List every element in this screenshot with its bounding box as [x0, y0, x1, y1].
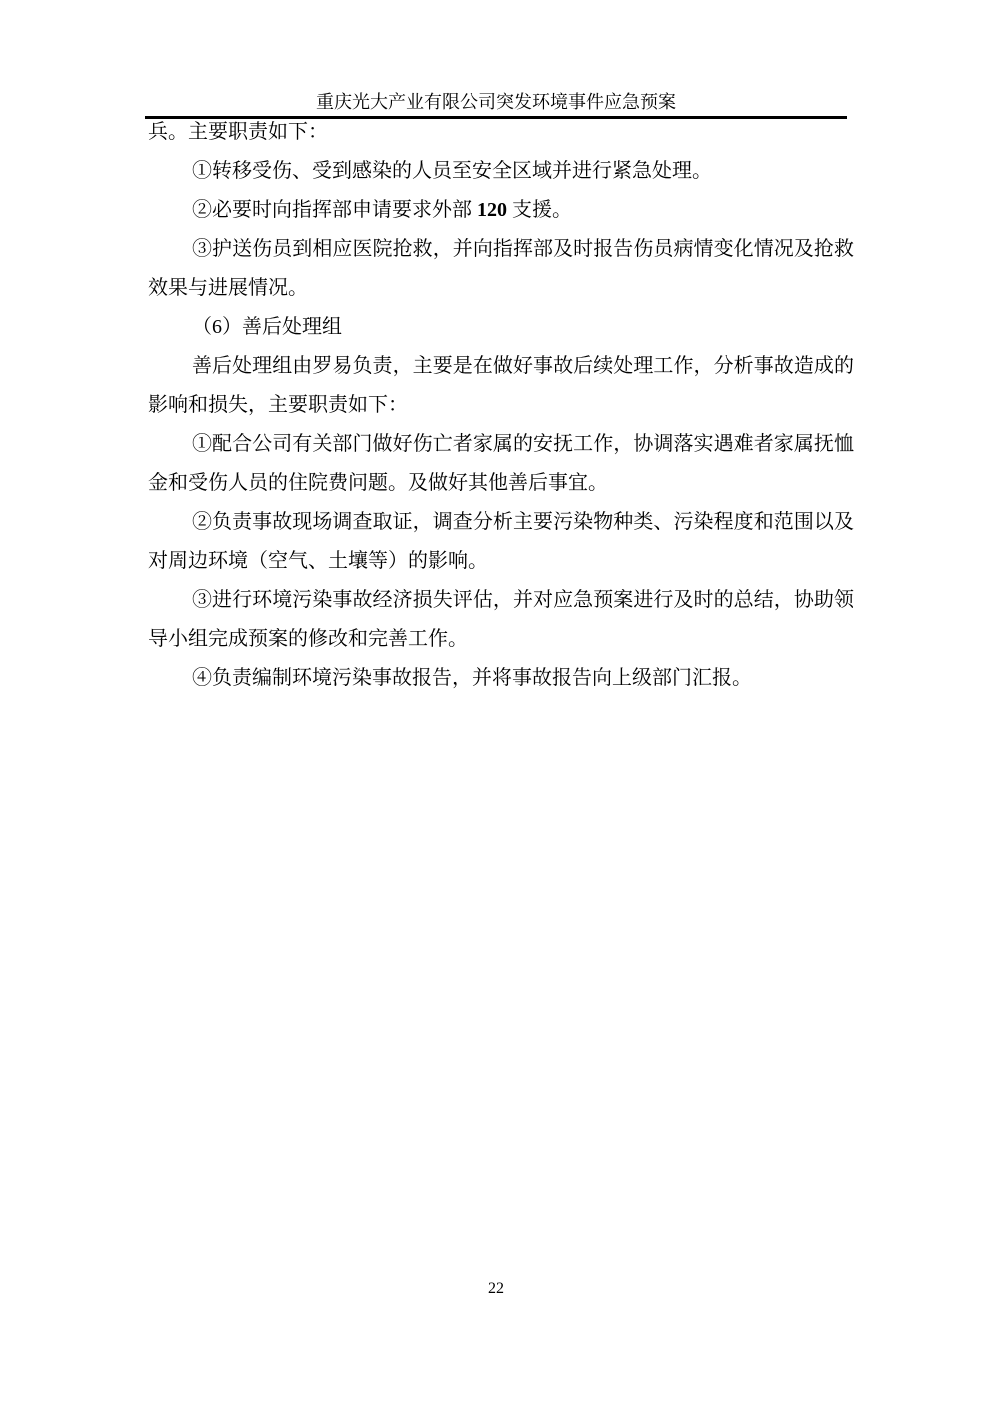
- text-segment: 兵。主要职责如下：: [148, 121, 328, 143]
- text-segment: ②负责事故现场调查取证，调查分析主要污染物种类、污染程度和范围以及对周边环境（空…: [148, 511, 854, 572]
- paragraph: ③护送伤员到相应医院抢救，并向指挥部及时报告伤员病情变化情况及抢救效果与进展情况…: [148, 230, 854, 308]
- text-segment: ③进行环境污染事故经济损失评估，并对应急预案进行及时的总结，协助领导小组完成预案…: [148, 589, 854, 650]
- page-number: 22: [488, 1280, 504, 1297]
- paragraph: ①转移受伤、受到感染的人员至安全区域并进行紧急处理。: [148, 152, 854, 191]
- page-footer: 22: [0, 1279, 992, 1299]
- text-segment: 支援。: [507, 199, 572, 221]
- paragraph: ①配合公司有关部门做好伤亡者家属的安抚工作，协调落实遇难者家属抚恤金和受伤人员的…: [148, 425, 854, 503]
- paragraph: （6）善后处理组: [148, 308, 854, 347]
- text-segment: ②必要时向指挥部申请要求外部: [192, 199, 477, 221]
- paragraph: ②必要时向指挥部申请要求外部 120 支援。: [148, 191, 854, 230]
- document-page: 重庆光大产业有限公司突发环境事件应急预案 兵。主要职责如下：①转移受伤、受到感染…: [0, 0, 992, 1403]
- paragraph: 善后处理组由罗易负责，主要是在做好事故后续处理工作，分析事故造成的影响和损失，主…: [148, 347, 854, 425]
- paragraph: ②负责事故现场调查取证，调查分析主要污染物种类、污染程度和范围以及对周边环境（空…: [148, 503, 854, 581]
- text-segment: ①配合公司有关部门做好伤亡者家属的安抚工作，协调落实遇难者家属抚恤金和受伤人员的…: [148, 433, 854, 494]
- text-segment: （6）善后处理组: [192, 316, 342, 338]
- bold-text-segment: 120: [477, 199, 507, 221]
- document-body: 兵。主要职责如下：①转移受伤、受到感染的人员至安全区域并进行紧急处理。②必要时向…: [148, 113, 854, 698]
- paragraph: 兵。主要职责如下：: [148, 113, 854, 152]
- paragraph: ③进行环境污染事故经济损失评估，并对应急预案进行及时的总结，协助领导小组完成预案…: [148, 581, 854, 659]
- header-title: 重庆光大产业有限公司突发环境事件应急预案: [316, 92, 676, 112]
- text-segment: 善后处理组由罗易负责，主要是在做好事故后续处理工作，分析事故造成的影响和损失，主…: [148, 355, 854, 416]
- text-segment: ③护送伤员到相应医院抢救，并向指挥部及时报告伤员病情变化情况及抢救效果与进展情况…: [148, 238, 854, 299]
- text-segment: ①转移受伤、受到感染的人员至安全区域并进行紧急处理。: [192, 160, 712, 182]
- paragraph: ④负责编制环境污染事故报告，并将事故报告向上级部门汇报。: [148, 659, 854, 698]
- text-segment: ④负责编制环境污染事故报告，并将事故报告向上级部门汇报。: [192, 667, 752, 689]
